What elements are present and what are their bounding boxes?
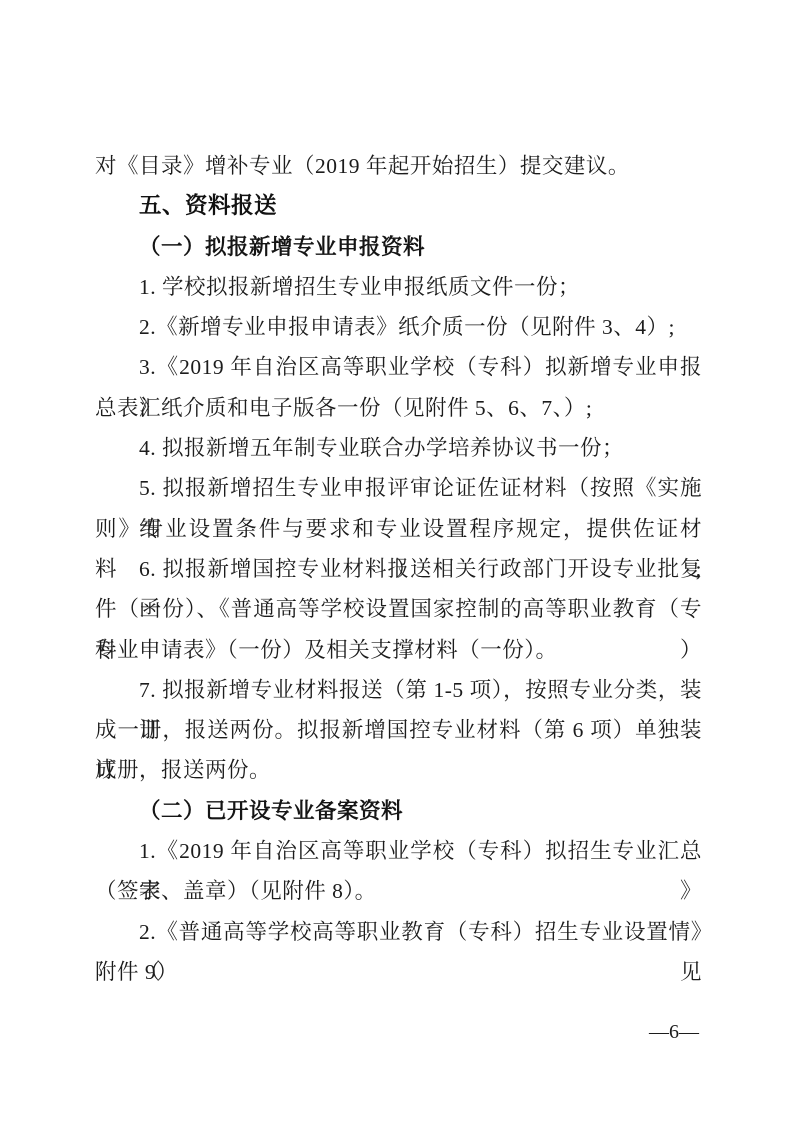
list-item: 6. 拟报新增国控专业材料报送相关行政部门开设专业批复函 bbox=[95, 549, 702, 589]
subsection-heading: （一）拟报新增专业申报资料 bbox=[95, 227, 702, 267]
text-line: 总表》纸介质和电子版各一份（见附件 5、6、7、）; bbox=[95, 388, 702, 428]
text-line: 成一册，报送两份。拟报新增国控专业材料（第 6 项）单独装订 bbox=[95, 710, 702, 750]
list-item: 1.《2019 年自治区高等职业学校（专科）拟招生专业汇总表》 bbox=[95, 831, 702, 871]
list-item: 2.《新增专业申报申请表》纸介质一份（见附件 3、4）; bbox=[95, 307, 702, 347]
text-line: 则》专业设置条件与要求和专业设置程序规定，提供佐证材料）; bbox=[95, 509, 702, 549]
document-body: 对《目录》增补专业（2019 年起开始招生）提交建议。 五、资料报送 （一）拟报… bbox=[95, 146, 702, 992]
section-heading: 五、资料报送 bbox=[95, 186, 702, 226]
text-line: 成册，报送两份。 bbox=[95, 750, 702, 790]
subsection-heading: （二）已开设专业备案资料 bbox=[95, 791, 702, 831]
document-page: 对《目录》增补专业（2019 年起开始招生）提交建议。 五、资料报送 （一）拟报… bbox=[0, 0, 793, 1122]
text-line: 件（一份）、《普通高等学校设置国家控制的高等职业教育（专科） bbox=[95, 589, 702, 629]
list-item: 5. 拟报新增招生专业申报评审论证佐证材料（按照《实施细 bbox=[95, 468, 702, 508]
page-number: —6— bbox=[649, 1018, 699, 1046]
list-item: 4. 拟报新增五年制专业联合办学培养协议书一份； bbox=[95, 428, 702, 468]
list-item: 7. 拟报新增专业材料报送（第 1-5 项），按照专业分类，装订 bbox=[95, 670, 702, 710]
list-item: 2.《普通高等学校高等职业教育（专科）招生专业设置情》（见 bbox=[95, 912, 702, 952]
list-item: 3.《2019 年自治区高等职业学校（专科）拟新增专业申报汇 bbox=[95, 347, 702, 387]
text-line: 对《目录》增补专业（2019 年起开始招生）提交建议。 bbox=[95, 146, 702, 186]
list-item: 1. 学校拟报新增招生专业申报纸质文件一份； bbox=[95, 267, 702, 307]
